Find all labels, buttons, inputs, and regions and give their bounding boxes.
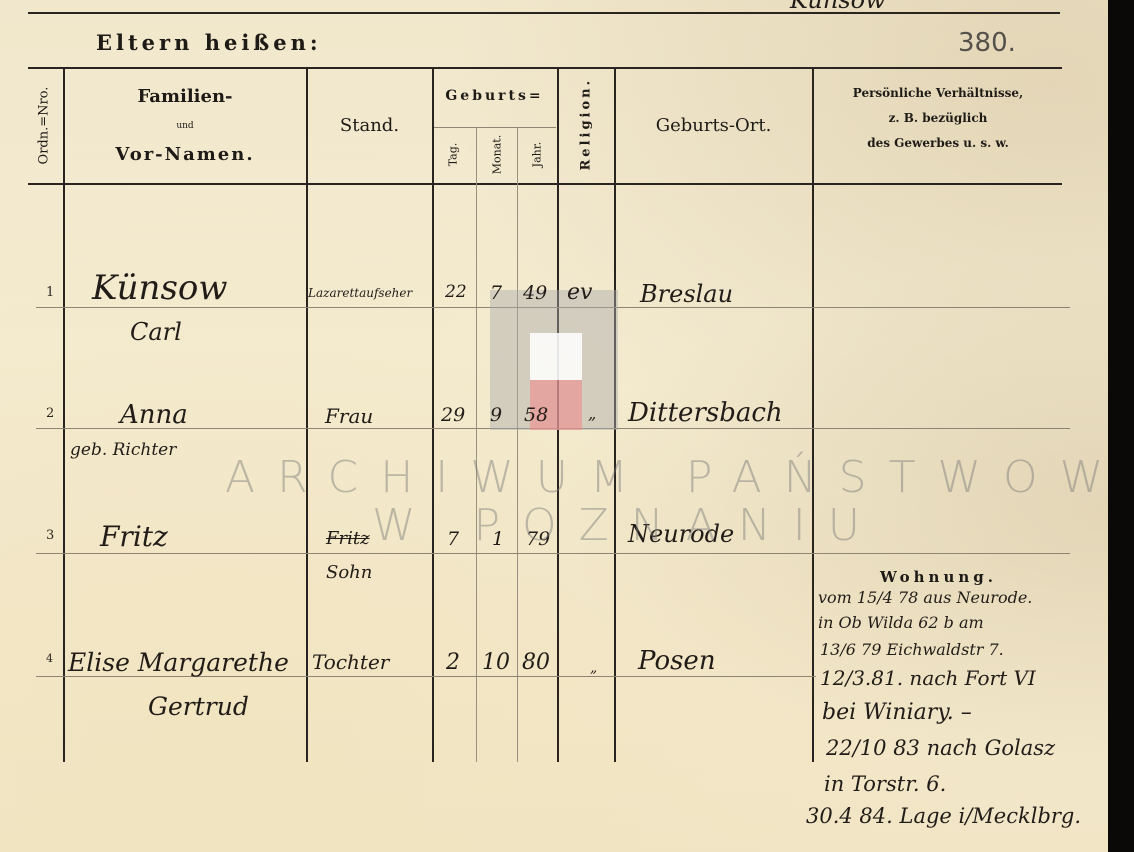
row-4-jahr: 80	[522, 650, 550, 675]
watermark-line-2: W POZNANIU	[372, 500, 882, 551]
row-1-name2: Carl	[130, 318, 182, 346]
row-2-name2: geb. Richter	[70, 440, 176, 460]
header-geburtsort: Geburts-Ort.	[615, 115, 812, 136]
wohnung-line-5: bei Winiary. –	[822, 700, 972, 725]
row-1-monat: 7	[490, 282, 502, 304]
header-persoenlich-line3: des Gewerbes u. s. w.	[813, 136, 1063, 150]
wohnung-line-2: in Ob Wilda 62 b am	[818, 613, 984, 632]
section-title: Eltern heißen:	[96, 30, 322, 55]
row-4-name: Elise Margarethe	[68, 648, 289, 677]
row-2-jahr: 58	[524, 404, 548, 426]
row-1-stand: Lazarettaufseher	[308, 286, 430, 300]
page-number: 380.	[958, 28, 1016, 58]
col-line-1	[63, 68, 65, 762]
geburts-subrule	[432, 127, 556, 128]
watermark-line-1: ARCHIWUM PAŃSTWOWE	[225, 452, 1134, 503]
col-line-6	[812, 68, 814, 762]
row-2-religion: „	[588, 404, 596, 423]
header-jahr: Jahr.	[531, 130, 544, 180]
col-line-3	[432, 68, 434, 762]
top-rule	[28, 12, 1060, 14]
col-line-monat	[517, 128, 518, 762]
header-name-line2: und	[64, 121, 306, 131]
row-4-ort: Posen	[638, 646, 716, 676]
row-4-nr: 4	[46, 652, 53, 665]
header-ordn-nr: Ordn.=Nro.	[37, 86, 52, 166]
header-persoenlich-line1: Persönliche Verhältnisse,	[813, 86, 1063, 100]
row-3-name: Fritz	[100, 520, 168, 553]
wohnung-line-3: 13/6 79 Eichwaldstr 7.	[820, 640, 1004, 659]
wohnung-line-8: 30.4 84. Lage i/Mecklbrg.	[806, 804, 1081, 828]
header-monat: Monat.	[491, 130, 504, 180]
header-bottom-rule	[28, 183, 1062, 185]
wohnung-line-7: in Torstr. 6.	[824, 772, 946, 796]
scan-edge-shadow	[1108, 0, 1134, 852]
row-rule-3	[36, 553, 1070, 554]
archive-logo-watermark	[490, 290, 618, 430]
header-name-line1: Familien-	[64, 86, 306, 107]
wohnung-line-1: vom 15/4 78 aus Neurode.	[818, 588, 1032, 607]
row-1-name: Künsow	[92, 268, 227, 308]
col-line-2	[306, 68, 308, 762]
row-4-stand: Tochter	[312, 650, 389, 674]
row-1-tag: 22	[445, 282, 467, 302]
header-top-rule	[28, 67, 1062, 69]
header-tag: Tag.	[447, 130, 460, 180]
wohnung-line-4: 12/3.81. nach Fort VI	[820, 666, 1036, 690]
row-1-jahr: 49	[523, 282, 547, 304]
logo-white-block	[530, 333, 582, 380]
row-4-monat: 10	[482, 650, 510, 675]
row-1-nr: 1	[46, 285, 54, 300]
row-4-tag: 2	[446, 650, 460, 675]
row-3-nr: 3	[46, 528, 54, 543]
row-2-monat: 9	[490, 404, 502, 426]
row-1-religion: ev	[567, 280, 592, 305]
row-2-stand: Frau	[325, 404, 373, 428]
header-religion: Religion.	[579, 81, 594, 171]
row-2-tag: 29	[441, 404, 465, 426]
row-4-name2: Gertrud	[148, 692, 249, 721]
wohnung-line-6: 22/10 83 nach Golasz	[826, 736, 1055, 760]
row-1-ort: Breslau	[640, 280, 733, 308]
row-2-name: Anna	[120, 400, 188, 430]
row-2-nr: 2	[46, 406, 54, 421]
header-stand: Stand.	[307, 115, 432, 136]
header-persoenlich-line2: z. B. bezüglich	[813, 111, 1063, 125]
col-line-tag	[476, 128, 477, 762]
row-2-ort: Dittersbach	[628, 398, 783, 428]
wohnung-title: Wohnung.	[880, 568, 997, 586]
row-3-stand: Fritz	[326, 528, 370, 549]
header-name-line3: Vor-Namen.	[64, 144, 306, 165]
row-4-religion: „	[590, 660, 597, 676]
row-3-stand2: Sohn	[326, 562, 372, 583]
header-geburts: Geburts=	[432, 88, 557, 104]
document-page: Künsow Eltern heißen: 380. Ordn.=Nro. Fa…	[0, 0, 1108, 852]
